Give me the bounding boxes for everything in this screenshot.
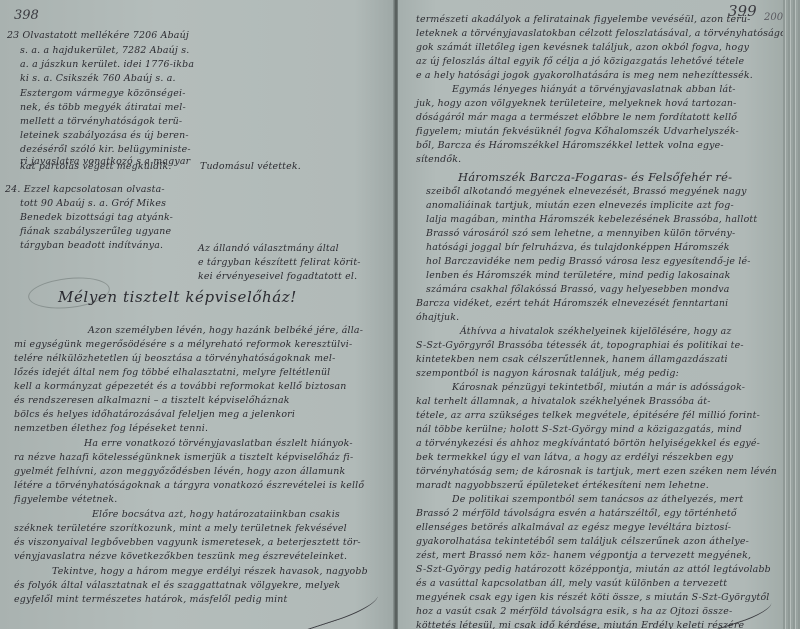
body-line: ra nézve hazafi kötelességünknek ismerjü… (14, 452, 353, 463)
body-line: ből, Barcza és Háromszékkel Háromszékkel… (416, 140, 724, 151)
body-line: egyfelől mint természetes határok, másfe… (14, 594, 288, 605)
body-line: maradt nagyobbszerű épületeket értékesít… (416, 480, 709, 491)
right-page-alt-number: 200 (764, 12, 783, 23)
resolution-note: Az állandó választmány által (198, 243, 339, 254)
item-line: ki s. a. Csikszék 760 Abaúj s. a. (20, 73, 176, 84)
body-line: hoz a vasút csak 2 mérföld távolságra es… (416, 606, 732, 617)
body-line: számára csakhal főlakóssá Brassó, vagy h… (426, 284, 730, 295)
item-line: a. a jászkun kerület. idei 1776-ikba (20, 59, 194, 70)
body-line: e a hely hatósági jogok gyakorolhatására… (416, 70, 753, 81)
item-line: nek, és több megyék átiratai mel- (20, 102, 186, 113)
body-line: és a vasúttal kapcsolatban áll, mely vas… (416, 578, 727, 589)
body-line: az új feloszlás által egyik fő célja a j… (416, 56, 744, 67)
body-line: hatósági joggal bír felruházva, és tulaj… (426, 242, 730, 253)
body-line: figyelem; miután fekvésüknél fogva Kőhal… (416, 126, 739, 137)
resolution-note: kei érvényeseivel fogadtatott el. (198, 271, 357, 282)
letter-heading: Mélyen tisztelt képviselőház! (58, 288, 297, 306)
body-line: hol Barczavidéke nem pedig Brassó városa… (426, 256, 751, 267)
item-line: dezéséről szóló kir. belügyministe- (20, 144, 191, 155)
body-line: figyelembe vétetnek. (14, 494, 117, 505)
resolution-note: Tudomásul vétettek. (200, 161, 301, 172)
body-line: Azon személyben lévén, hogy hazánk belbé… (88, 325, 363, 336)
body-line: ellenséges betörés alkalmával az egész m… (416, 522, 731, 533)
body-line: lalja magában, mintha Háromszék kebelezé… (426, 214, 757, 225)
body-line: megyének csak egy igen kis részét köti ö… (416, 592, 770, 603)
open-ledger-book: 398 23 Olvastatott mellékére 7206 Abaúj … (0, 0, 800, 629)
item-line: tárgyban beadott indítványa. (20, 240, 163, 251)
body-line: telére nélkülözhetetlen új beosztása a t… (14, 353, 336, 364)
item-line: Esztergom vármegye közönségei- (20, 88, 186, 99)
body-line: törvényhatóság sem; de károsnak is tartj… (416, 466, 777, 477)
item-line: 23 Olvastatott mellékére 7206 Abaúj (7, 30, 189, 41)
body-line: szempontból is nagyon károsnak találjuk,… (416, 368, 679, 379)
left-page-number: 398 (14, 8, 39, 23)
body-line: nál többe kerülne; holott S-Szt-György m… (416, 424, 742, 435)
item-line: tott 90 Abaúj s. a. Gróf Mikes (20, 198, 166, 209)
resolution-note: e tárgyban készített felirat körit- (198, 257, 361, 268)
body-line: létére a törvényhatóságoknak a tárgyra v… (14, 480, 364, 491)
body-line: tétele, az arra szükséges telkek megvéte… (416, 410, 760, 421)
body-line: Ha erre vonatkozó törvényjavaslatban ész… (84, 438, 353, 449)
body-line: széknek területére szorítkozunk, mint a … (14, 523, 347, 534)
body-line: gyakorolhatása tekintetéből sem találjuk… (416, 536, 749, 547)
body-line: kintetekben nem csak célszerűtlennek, ha… (416, 354, 728, 365)
body-line: és rendszeresen alkalmazni – a tisztelt … (14, 395, 290, 406)
body-line: gyelmét felhívni, azon meggyőződésben lé… (14, 466, 345, 477)
item-line: s. a. a hajdukerület, 7282 Abaúj s. (20, 45, 189, 56)
body-line: kell a kormányzat gépezetét és a további… (14, 381, 347, 392)
body-line: Áthívva a hivatalok székhelyeinek kijelö… (460, 326, 732, 337)
item-line: fiának szabályszerűleg ugyane (20, 226, 171, 237)
body-line: dóságáról már maga a természet előbbre l… (416, 112, 737, 123)
item-line: kat pártolás végett megküldik. (20, 161, 172, 172)
item-line: Benedek bizottsági tag atyánk- (20, 212, 173, 223)
body-line: Brassó 2 mérföld távolságra esvén a hatá… (416, 508, 737, 519)
body-line: bölcs és helyes időhatározásával felelje… (14, 409, 295, 420)
body-line: Egymás lényeges hiányát a törvényjavasla… (452, 84, 736, 95)
body-line: nemzetben élethez fog lépéseket tenni. (14, 423, 208, 434)
body-line: S-Szt-György pedig határozott középpontj… (416, 564, 771, 575)
body-line: és folyók által választatnak el és szagg… (14, 580, 340, 591)
item-line: 24. Ezzel kapcsolatosan olvasta- (5, 184, 165, 195)
body-line: Károsnak pénzügyi tekintetből, miután a … (452, 382, 745, 393)
body-line: Brassó városáról szó sem lehetne, a menn… (426, 228, 735, 239)
closing-flourish (299, 588, 381, 629)
body-line: mi egységünk megerősödésére s a mélyreha… (14, 339, 352, 350)
body-line: gok számát illetőleg igen kevésnek talál… (416, 42, 749, 53)
item-line: leteinek szabályozása és új beren- (20, 130, 189, 141)
body-line: juk, hogy azon völgyeknek területeire, m… (416, 98, 736, 109)
book-page-edges (783, 0, 800, 629)
left-page: 398 23 Olvastatott mellékére 7206 Abaúj … (0, 0, 394, 629)
body-line: a törvénykezési és ahhoz megkívántató bö… (416, 438, 760, 449)
body-line: S-Szt-Györgyről Brassóba tétessék át, to… (416, 340, 744, 351)
body-line: bek termekkel úgy el van látva, a hogy a… (416, 452, 733, 463)
body-line: és viszonyaival legbővebben vagyunk isme… (14, 537, 361, 548)
body-line: Előre bocsátva azt, hogy határozataiinkb… (92, 509, 340, 520)
body-line: sítendők. (416, 154, 461, 165)
body-line: anomaliáinak tartjuk, miután ezen elneve… (426, 200, 734, 211)
item-line: mellett a törvényhatóságok terü- (20, 116, 182, 127)
body-line: kal terhelt államnak, a hivatalok székhe… (416, 396, 711, 407)
body-line: Barcza vidéket, ezért tehát Háromszék el… (416, 298, 728, 309)
body-line: De politikai szempontból sem tanácsos az… (452, 494, 743, 505)
body-line: leteknek a törvényjavaslatokban célzott … (416, 28, 783, 39)
body-line: lenben és Háromszék mind területére, min… (426, 270, 730, 281)
right-page: 399 200 természeti akadályok a feliratai… (398, 0, 783, 629)
body-line: Háromszék Barcza-Fogaras- és Felsőfehér … (458, 170, 732, 184)
body-line: természeti akadályok a feliratainak figy… (416, 14, 751, 25)
body-line: vényjavaslatra nézve következőkben teszü… (14, 551, 347, 562)
body-line: lőzés idejét által nem fog többé elhalas… (14, 367, 330, 378)
body-line: Tekintve, hogy a három megye erdélyi rés… (52, 566, 368, 577)
body-line: óhajtjuk. (416, 312, 459, 323)
body-line: köttetés létesül, mi csak idő kérdése, m… (416, 620, 744, 629)
body-line: zést, mert Brassó nem köz- hanem végpont… (416, 550, 751, 561)
body-line: szeiből alkotandó megyének elnevezését, … (426, 186, 747, 197)
